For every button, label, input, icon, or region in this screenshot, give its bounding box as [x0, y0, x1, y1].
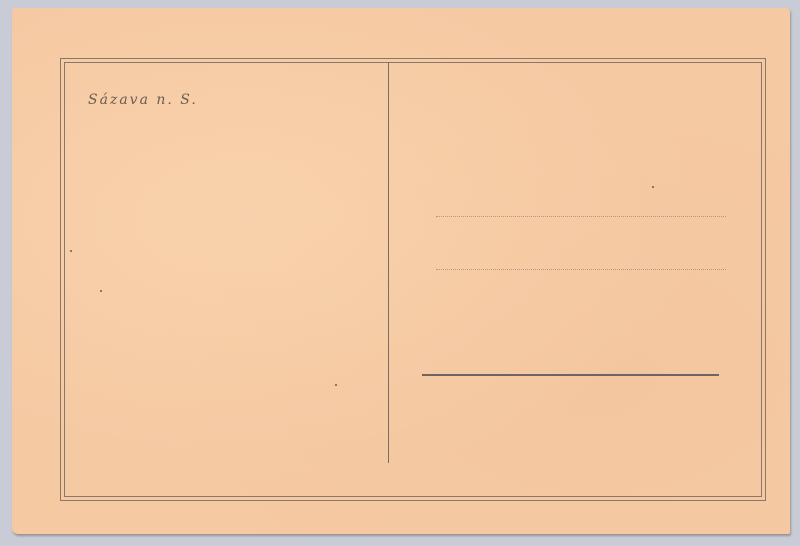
address-line-dotted-1	[436, 216, 726, 217]
message-address-divider	[388, 62, 389, 463]
paper-fleck	[652, 186, 654, 188]
address-line-solid	[422, 374, 719, 376]
postcard-back: Sázava n. S.	[12, 8, 790, 534]
paper-fleck	[335, 384, 337, 386]
paper-fleck	[100, 290, 102, 292]
place-name-caption: Sázava n. S.	[88, 92, 198, 108]
paper-fleck	[70, 250, 72, 252]
frame-inner-border	[64, 62, 762, 497]
address-line-dotted-2	[436, 269, 726, 270]
